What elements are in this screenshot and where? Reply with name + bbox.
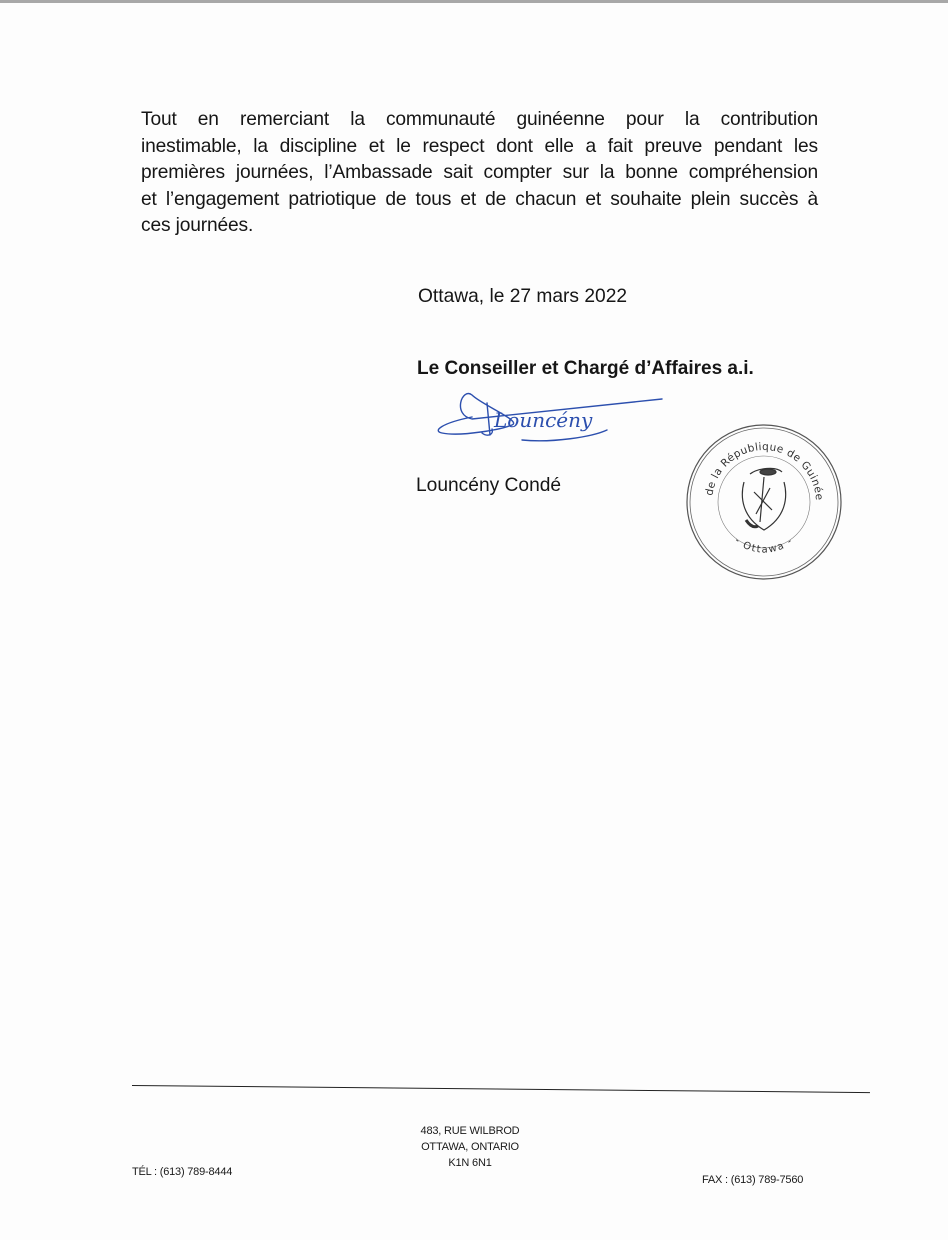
signature-text: Louncény	[493, 408, 593, 432]
footer-address: 483, RUE WILBROD OTTAWA, ONTARIO K1N 6N1	[400, 1123, 540, 1171]
signatory-title: Le Conseiller et Chargé d’Affaires a.i.	[417, 358, 754, 380]
top-border	[0, 0, 948, 3]
address-line: K1N 6N1	[400, 1155, 540, 1171]
embassy-seal: Ambassade de la République de Guinée au …	[684, 422, 844, 582]
address-line: OTTAWA, ONTARIO	[400, 1139, 540, 1155]
address-line: 483, RUE WILBROD	[400, 1123, 540, 1139]
svg-text:- Ottawa -: - Ottawa -	[732, 535, 795, 555]
body-line: inestimable, la discipline et le respect…	[141, 134, 818, 161]
date-line: Ottawa, le 27 mars 2022	[418, 286, 627, 308]
footer-telephone: TÉL : (613) 789-8444	[132, 1166, 232, 1178]
svg-text:Ambassade de la République de: Ambassade de la République de Guinée au …	[684, 422, 825, 501]
handwritten-signature: Louncény	[432, 385, 672, 445]
seal-top-text: Ambassade de la République de Guinée au …	[684, 422, 825, 501]
body-line: ces journées.	[141, 213, 818, 240]
body-line: Tout en remerciant la communauté guinéen…	[141, 107, 818, 134]
footer-fax: FAX : (613) 789-7560	[702, 1174, 803, 1186]
body-line: premières journées, l’Ambassade sait com…	[141, 160, 818, 187]
footer-divider	[132, 1085, 870, 1093]
coat-of-arms-icon	[742, 468, 785, 530]
seal-bottom-text: - Ottawa -	[732, 535, 795, 555]
signatory-name: Louncény Condé	[416, 475, 561, 497]
body-line: et l’engagement patriotique de tous et d…	[141, 187, 818, 214]
body-paragraph: Tout en remerciant la communauté guinéen…	[141, 107, 818, 240]
